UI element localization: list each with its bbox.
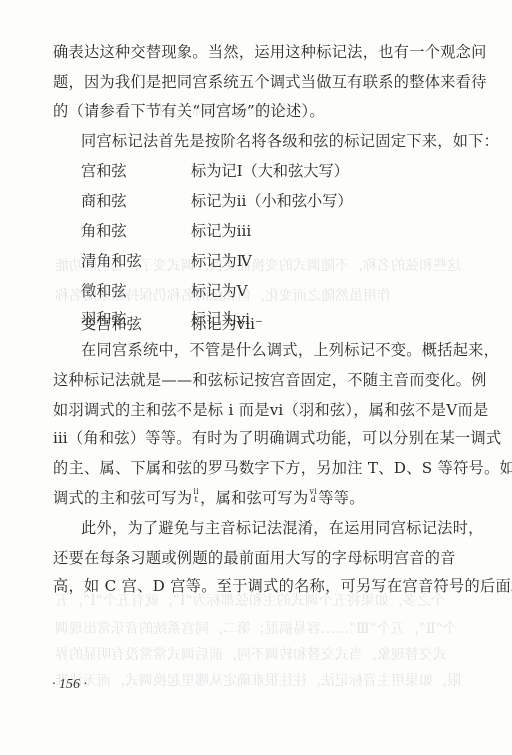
text-span: 调式的主和弦可写为	[53, 489, 192, 507]
paragraph-line: 同宫标记法首先是按阶名将各级和弦的标记固定下来，如下：	[81, 131, 439, 151]
function-annotation-dominant: vid	[310, 488, 318, 504]
chord-mark: 标记为ⅲ	[191, 221, 251, 241]
chord-name: 变宫和弦	[81, 314, 142, 334]
paragraph-line: 题，因为我们是把同宫系统五个调式当做互有联系的整体来看待	[53, 72, 439, 92]
function-letter: t	[193, 496, 199, 504]
paragraph-line: 的主、属、下属和弦的罗马数字下方，另加注 T、D、S 等符号。如商	[53, 458, 439, 478]
chord-mark: 标记为ⅶ⁻	[191, 314, 263, 334]
chord-name: 徵和弦	[81, 281, 127, 301]
bleed-through-text: 限，如果用主音标记法，往往很难确定从哪里起换调式，而无法准	[55, 670, 461, 690]
book-page: 各级和弦的名称，是指 这些和弦的名称，不随调式的变换而变换，调式变了，它们的功能…	[0, 0, 512, 755]
chord-name: 角和弦	[81, 221, 127, 241]
paragraph-line: 还要在每条习题或例题的最前面用大写的字母标明宫音的音	[53, 548, 439, 568]
chord-mark: 标记为Ⅳ	[191, 251, 252, 271]
paragraph-line: 在同宫系统中，不管是什么调式，上列标记不变。概括起来，	[81, 340, 439, 360]
text-span: ，属和弦可写为	[200, 489, 308, 507]
function-annotation-tonic: iit	[193, 488, 199, 504]
function-letter: d	[310, 496, 318, 504]
paragraph-line: 的（请参看下节有关“同宫场”的论述）。	[53, 101, 439, 121]
bleed-through-text: 个“Ⅱ”，五个“Ⅲ”……容易搞混；第二，同宫系统的音乐常出现调	[55, 618, 457, 638]
page-number: · 156 ·	[52, 677, 87, 693]
paragraph-line: 高，如 C 宫、D 宫等。至于调式的名称，可另写在宫音符号的后面。	[53, 576, 439, 596]
bleed-through-text: 式交替现象，当式交替和转调不同，前后调式常常没有明显的界	[55, 644, 447, 664]
chord-name: 清角和弦	[81, 251, 142, 271]
paragraph-line: 此外，为了避免与主音标记法混淆，在运用同宫标记法时，	[81, 518, 439, 538]
paragraph-line: 这种标记法就是——和弦标记按宫音固定，不随主音而变化。例	[53, 370, 439, 390]
paragraph-line: 如羽调式的主和弦不是标 ⅰ 而是ⅵ（羽和弦），属和弦不是Ⅴ而是	[53, 400, 439, 420]
paragraph-line: ⅲ（角和弦）等等。有时为了明确调式功能，可以分别在某一调式	[53, 428, 439, 448]
chord-name: 宫和弦	[81, 161, 127, 181]
chord-mark: 标记为ⅱ（小和弦小写）	[191, 191, 353, 211]
chord-mark: 标记为Ⅴ	[191, 281, 248, 301]
paragraph-line: 调式的主和弦可写为iit，属和弦可写为vid等等。	[53, 488, 439, 508]
paragraph-line: 确表达这种交替现象。当然，运用这种标记法，也有一个观念问	[53, 42, 439, 62]
chord-name: 商和弦	[81, 191, 127, 211]
chord-mark: 标为记Ⅰ（大和弦大写）	[191, 161, 349, 181]
text-span: 等等。	[318, 489, 364, 507]
